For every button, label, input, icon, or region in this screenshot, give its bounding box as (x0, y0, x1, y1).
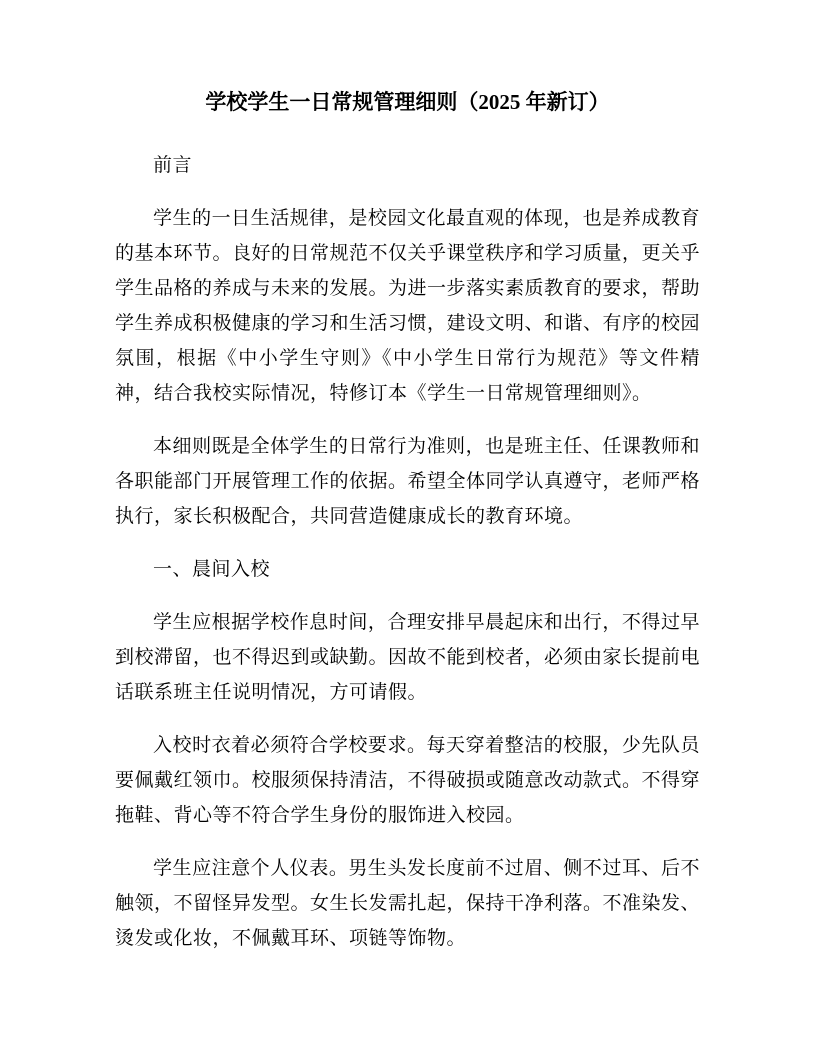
preface-heading: 前言 (115, 148, 700, 183)
paragraph-morning-entry-1: 学生应根据学校作息时间，合理安排早晨起床和出行，不得过早到校滞留，也不得迟到或缺… (115, 605, 700, 710)
document-page: 学校学生一日常规管理细则（2025 年新订） 前言 学生的一日生活规律，是校园文… (0, 0, 816, 1056)
document-title: 学校学生一日常规管理细则（2025 年新订） (115, 88, 700, 116)
paragraph-morning-entry-2: 入校时衣着必须符合学校要求。每天穿着整洁的校服，少先队员要佩戴红领巾。校服须保持… (115, 728, 700, 833)
paragraph-morning-entry-3: 学生应注意个人仪表。男生头发长度前不过眉、侧不过耳、后不触领，不留怪异发型。女生… (115, 851, 700, 956)
paragraph-preface-2: 本细则既是全体学生的日常行为准则，也是班主任、任课教师和各职能部门开展管理工作的… (115, 429, 700, 534)
section-heading-morning-entry: 一、晨间入校 (115, 552, 700, 587)
paragraph-preface-1: 学生的一日生活规律，是校园文化最直观的体现，也是养成教育的基本环节。良好的日常规… (115, 201, 700, 411)
